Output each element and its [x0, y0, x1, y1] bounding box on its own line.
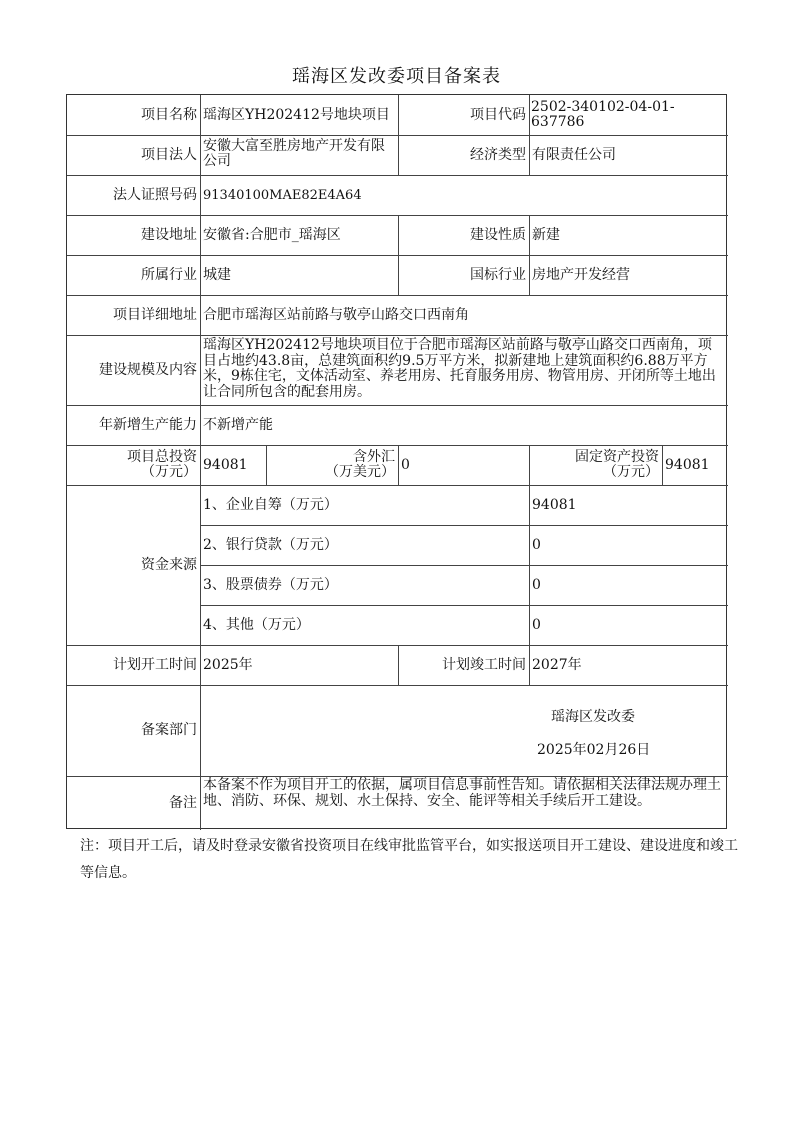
footnote: 注：项目开工后，请及时登录安徽省投资项目在线审批监管平台，如实报送项目开工建设、… — [80, 833, 740, 887]
funding-item-value: 0 — [529, 565, 728, 605]
funding-item-label: 2、银行贷款（万元） — [200, 525, 529, 565]
fixed-asset-investment-label-line2: （万元） — [603, 465, 659, 480]
foreign-exchange-value: 0 — [398, 445, 529, 485]
new-capacity-value: 不新增产能 — [200, 405, 728, 445]
funding-item-value: 0 — [529, 605, 728, 645]
detail-address-value: 合肥市瑶海区站前路与敬亭山路交口西南角 — [200, 295, 728, 335]
build-nature-label: 建设性质 — [398, 215, 529, 255]
project-name-value: 瑶海区YH202412号地块项目 — [200, 95, 398, 135]
legal-entity-value: 安徽大富至胜房地产开发有限公司 — [200, 135, 398, 175]
filing-dept-label: 备案部门 — [67, 685, 200, 776]
funding-item-label: 1、企业自筹（万元） — [200, 485, 529, 525]
planned-start-label: 计划开工时间 — [67, 645, 200, 685]
national-industry-label: 国标行业 — [398, 255, 529, 295]
funding-item-value: 0 — [529, 525, 728, 565]
foreign-exchange-label-line1: 含外汇 — [353, 450, 395, 465]
fixed-asset-investment-label: 固定资产投资 （万元） — [529, 445, 662, 485]
remarks-label: 备注 — [67, 776, 200, 830]
funding-item-label: 3、股票债券（万元） — [200, 565, 529, 605]
funding-item-value: 94081 — [529, 485, 728, 525]
total-investment-label-line1: 项目总投资 — [127, 450, 197, 465]
license-no-label: 法人证照号码 — [67, 175, 200, 215]
legal-entity-label: 项目法人 — [67, 135, 200, 175]
industry-value: 城建 — [200, 255, 398, 295]
detail-address-label: 项目详细地址 — [67, 295, 200, 335]
build-address-label: 建设地址 — [67, 215, 200, 255]
total-investment-label: 项目总投资 （万元） — [67, 445, 200, 485]
filing-dept-date: 2025年02月26日 — [537, 741, 707, 759]
foreign-exchange-label-line2: （万美元） — [325, 465, 395, 480]
economic-type-label: 经济类型 — [398, 135, 529, 175]
license-no-value: 91340100MAE82E4A64 — [200, 175, 728, 215]
total-investment-label-line2: （万元） — [141, 465, 197, 480]
build-nature-value: 新建 — [529, 215, 728, 255]
remarks-value: 本备案不作为项目开工的依据，属项目信息事前性告知。请依据相关法律法规办理土地、消… — [200, 776, 728, 830]
planned-completion-value: 2027年 — [529, 645, 728, 685]
build-address-value: 安徽省:合肥市_瑶海区 — [200, 215, 398, 255]
industry-label: 所属行业 — [67, 255, 200, 295]
planned-start-value: 2025年 — [200, 645, 398, 685]
project-code-label: 项目代码 — [398, 95, 529, 135]
new-capacity-label: 年新增生产能力 — [67, 405, 200, 445]
project-name-label: 项目名称 — [67, 95, 200, 135]
filing-form-table: 项目名称 瑶海区YH202412号地块项目 项目代码 2502-340102-0… — [66, 94, 727, 829]
fixed-asset-investment-label-line1: 固定资产投资 — [575, 450, 659, 465]
scale-content-value: 瑶海区YH202412号地块项目位于合肥市瑶海区站前路与敬亭山路交口西南角，项目… — [200, 335, 728, 405]
project-code-value: 2502-340102-04-01-637786 — [529, 95, 728, 135]
funding-item-label: 4、其他（万元） — [200, 605, 529, 645]
foreign-exchange-label: 含外汇 （万美元） — [266, 445, 398, 485]
national-industry-value: 房地产开发经营 — [529, 255, 728, 295]
scale-content-label: 建设规模及内容 — [67, 335, 200, 405]
funding-source-label: 资金来源 — [67, 485, 200, 645]
filing-dept-name: 瑶海区发改委 — [551, 708, 701, 726]
page-title: 瑶海区发改委项目备案表 — [0, 62, 793, 88]
economic-type-value: 有限责任公司 — [529, 135, 728, 175]
total-investment-value: 94081 — [200, 445, 266, 485]
fixed-asset-investment-value: 94081 — [662, 445, 728, 485]
planned-completion-label: 计划竣工时间 — [398, 645, 529, 685]
